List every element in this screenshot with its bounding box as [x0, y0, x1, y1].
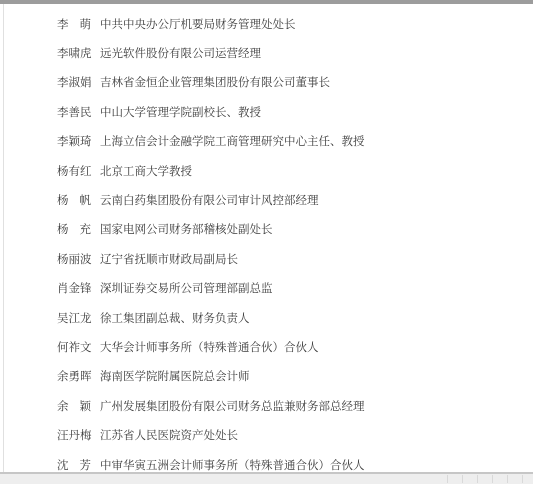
column-gridline-tick — [462, 475, 463, 483]
person-name: 李淑娟 — [57, 74, 91, 90]
person-title: 北京工商大学教授 — [100, 163, 192, 179]
person-title: 云南白药集团股份有限公司审计风控部经理 — [100, 192, 319, 208]
list-item: 肖金锋 深圳证券交易所公司管理部副总监 — [4, 274, 533, 303]
list-item: 李 萌 中共中央办公厅机要局财务管理处处长 — [4, 9, 533, 38]
person-name: 李善民 — [57, 104, 91, 120]
person-title: 中审华寅五洲会计师事务所（特殊普通合伙）合伙人 — [100, 457, 365, 472]
person-title: 徐工集团副总裁、财务负责人 — [100, 310, 250, 326]
bottom-gutter — [0, 474, 533, 484]
person-name: 何祚文 — [57, 339, 91, 355]
person-name: 杨丽波 — [57, 251, 91, 267]
list-item: 余 颖 广州发展集团股份有限公司财务总监兼财务部总经理 — [4, 391, 533, 420]
person-title: 辽宁省抚顺市财政局副局长 — [100, 251, 238, 267]
list-item: 何祚文 大华会计师事务所（特殊普通合伙）合伙人 — [4, 332, 533, 361]
person-title: 吉林省金恒企业管理集团股份有限公司董事长 — [100, 74, 330, 90]
list-item: 杨有红 北京工商大学教授 — [4, 156, 533, 185]
person-title: 大华会计师事务所（特殊普通合伙）合伙人 — [100, 339, 319, 355]
column-gridline-tick — [522, 475, 523, 483]
person-name: 肖金锋 — [57, 280, 91, 296]
person-name: 李颖琦 — [57, 133, 91, 149]
person-name: 吴江龙 — [57, 310, 91, 326]
list-item: 余勇晖 海南医学院附属医院总会计师 — [4, 362, 533, 391]
list-item: 杨丽波 辽宁省抚顺市财政局副局长 — [4, 244, 533, 273]
person-name: 沈 芳 — [57, 457, 91, 472]
list-item: 杨 充 国家电网公司财务部稽核处副处长 — [4, 215, 533, 244]
column-gridline-tick — [492, 475, 493, 483]
person-name: 汪丹梅 — [57, 427, 91, 443]
person-title: 国家电网公司财务部稽核处副处长 — [100, 221, 273, 237]
person-title: 中共中央办公厅机要局财务管理处处长 — [100, 16, 296, 32]
person-name: 杨 帆 — [57, 192, 91, 208]
list-item: 李啸虎 远光软件股份有限公司运营经理 — [4, 38, 533, 67]
person-title: 深圳证券交易所公司管理部副总监 — [100, 280, 273, 296]
person-title: 中山大学管理学院副校长、教授 — [100, 104, 261, 120]
list-item: 沈 芳 中审华寅五洲会计师事务所（特殊普通合伙）合伙人 — [4, 450, 533, 472]
person-name: 余勇晖 — [57, 368, 91, 384]
person-title: 远光软件股份有限公司运营经理 — [100, 45, 261, 61]
person-title: 上海立信会计金融学院工商管理研究中心主任、教授 — [100, 133, 365, 149]
list-item: 汪丹梅 江苏省人民医院资产处处长 — [4, 420, 533, 449]
person-name: 杨 充 — [57, 221, 91, 237]
list-item: 吴江龙 徐工集团副总裁、财务负责人 — [4, 303, 533, 332]
list-item: 杨 帆 云南白药集团股份有限公司审计风控部经理 — [4, 185, 533, 214]
column-gridline-tick — [477, 475, 478, 483]
person-name: 李 萌 — [57, 16, 91, 32]
document-view: 李 萌 中共中央办公厅机要局财务管理处处长 李啸虎 远光软件股份有限公司运营经理… — [0, 0, 533, 484]
document-page[interactable]: 李 萌 中共中央办公厅机要局财务管理处处长 李啸虎 远光软件股份有限公司运营经理… — [4, 4, 533, 472]
list-item: 李颖琦 上海立信会计金融学院工商管理研究中心主任、教授 — [4, 127, 533, 156]
person-name: 余 颖 — [57, 398, 91, 414]
list-item: 李善民 中山大学管理学院副校长、教授 — [4, 97, 533, 126]
list-item: 李淑娟 吉林省金恒企业管理集团股份有限公司董事长 — [4, 68, 533, 97]
column-gridline-tick — [447, 475, 448, 483]
person-title: 广州发展集团股份有限公司财务总监兼财务部总经理 — [100, 398, 365, 414]
person-name: 杨有红 — [57, 163, 91, 179]
person-title: 海南医学院附属医院总会计师 — [100, 368, 250, 384]
person-name: 李啸虎 — [57, 45, 91, 61]
column-gridline-tick — [507, 475, 508, 483]
person-title: 江苏省人民医院资产处处长 — [100, 427, 238, 443]
